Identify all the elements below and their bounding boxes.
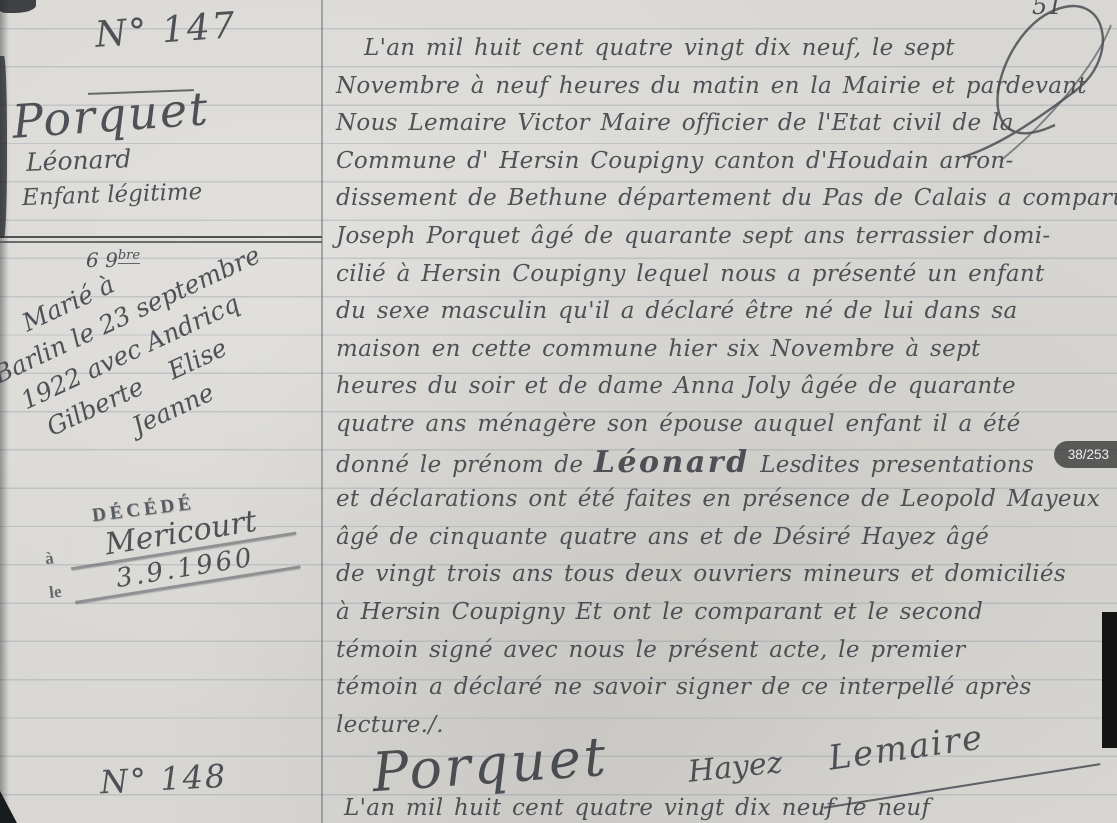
act-line: heures du soir et de dame Anna Joly âgée…: [336, 368, 1098, 406]
act-line: témoin signé avec nous le présent acte, …: [336, 632, 1098, 670]
act-line: Joseph Porquet âgé de quarante sept ans …: [336, 218, 1098, 256]
death-stamp-date-label: le: [48, 580, 74, 603]
next-act-first-line: L'an mil huit cent quatre vingt dix neuf…: [344, 795, 1114, 821]
scan-edge-mark: [0, 56, 7, 238]
next-act-number: N° 148: [99, 757, 228, 802]
act-line: à Hersin Coupigny Et ont le comparant et…: [336, 594, 1098, 632]
child-name: Léonard: [594, 445, 750, 480]
margin-given-name: Léonard: [26, 144, 132, 177]
act-line: témoin a déclaré ne savoir signer de ce …: [336, 669, 1098, 707]
act-line: cilié à Hersin Coupigny lequel nous a pr…: [336, 256, 1098, 294]
act-line: quatre ans ménagère son épouse auquel en…: [336, 406, 1098, 444]
act-line: maison en cette commune hier six Novembr…: [336, 331, 1098, 369]
act-line: de vingt trois ans tous deux ouvriers mi…: [336, 556, 1098, 594]
image-counter-badge: 38/253: [1054, 441, 1117, 468]
ink-flourish: [905, 0, 1117, 195]
scan-edge-mark: [1102, 612, 1117, 748]
act-line: et déclarations ont été faites en présen…: [336, 481, 1098, 519]
register-scan-page: N° 147 Porquet Léonard Enfant légitime 6…: [0, 0, 1117, 823]
act-line: du sexe masculin qu'il a déclaré être né…: [336, 293, 1098, 331]
death-stamp-at-label: à: [44, 546, 70, 569]
scan-corner-mark: [0, 791, 17, 823]
margin-separator-line: [321, 0, 323, 823]
act-line: âgé de cinquante quatre ans et de Désiré…: [336, 519, 1098, 557]
act-line-child-name: donné le prénom de Léonard Lesdites pres…: [336, 444, 1098, 482]
